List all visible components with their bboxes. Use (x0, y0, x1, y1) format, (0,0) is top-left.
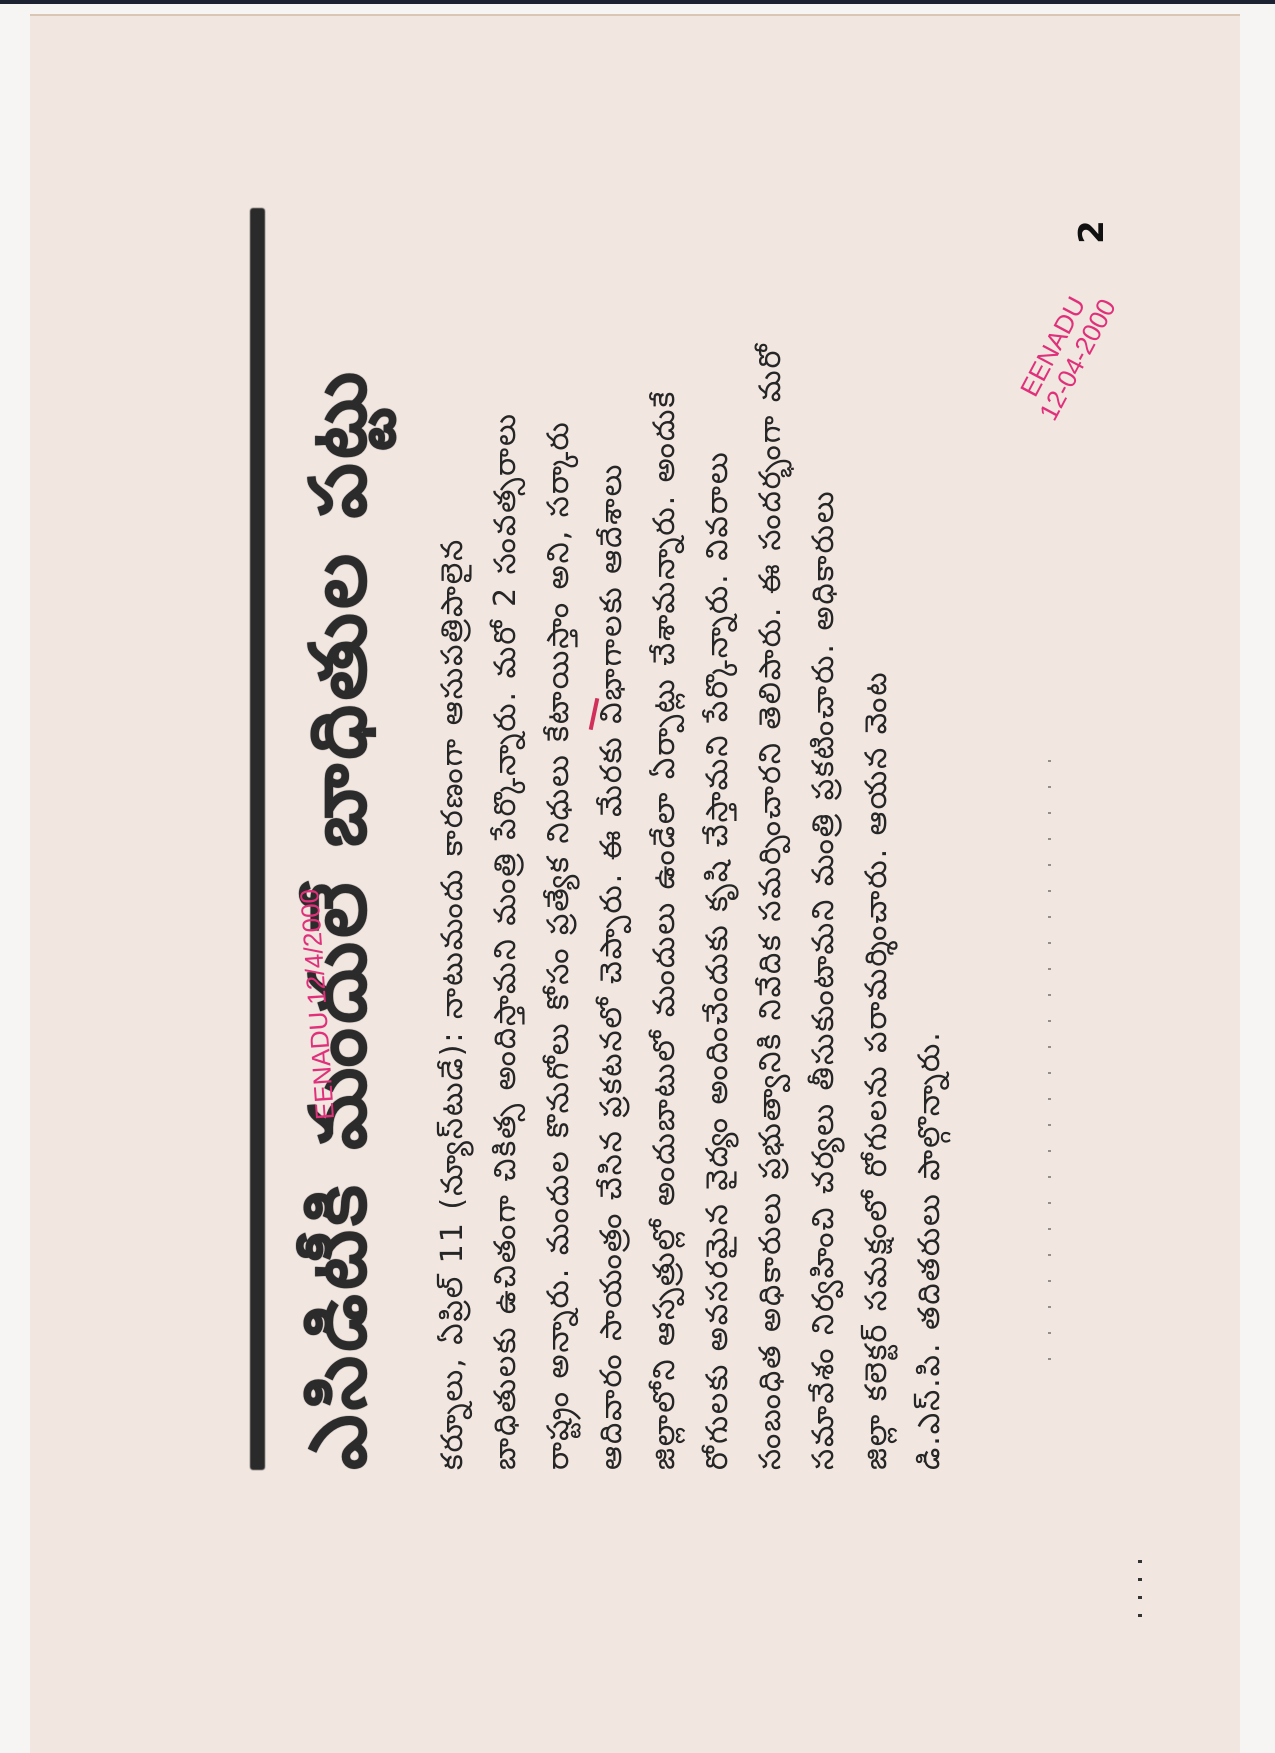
body-line: రాష్ట్రం అన్నారు. మందుల కొనుగోలు కోసం ప్… (532, 190, 585, 1470)
rotated-article: ఎసిడిటీకి మందులే బాధితుల పట్టు కర్నూలు, … (230, 180, 1130, 1500)
body-line: జిల్లాలోని ఆస్పత్రుల్లో అందుబాటులో మందుల… (638, 190, 691, 1470)
punch-dots (1138, 1560, 1142, 1620)
fold-dots (1048, 760, 1051, 1360)
body-line: జిల్లా కలెక్టర్ సమక్షంలో రోగులను పరామర్శ… (850, 190, 903, 1470)
headline: ఎసిడిటీకి మందులే బాధితుల పట్టు (276, 200, 402, 1470)
scanner-edge (0, 0, 1275, 4)
body-line: కర్నూలు, ఏప్రిల్ 11 (న్యూస్‌టుడే): నాటుమ… (426, 190, 479, 1470)
body-line: ఆదివారం సాయంత్రం చేసిన ప్రకటనలో చెప్పారు… (585, 190, 638, 1470)
body-line: రోగులకు అవసరమైన వైద్యం అందించేందుకు కృషి… (691, 190, 744, 1470)
body-line: సంబంధిత అధికారులు ప్రభుత్వానికి నివేదిక … (744, 190, 797, 1470)
body-line: బాధితులకు ఉచితంగా చికిత్స అందిస్తామని మం… (479, 190, 532, 1470)
page-number-mark: 2 (1072, 220, 1112, 244)
handwritten-date-note: EENADU 12-04-2000 (1045, 205, 1085, 505)
body-line: సమావేశం నిర్వహించి చర్యలు తీసుకుంటామని మ… (797, 190, 850, 1470)
headline-rule (250, 208, 265, 1470)
body-line: డి.ఎస్.పి. తదితరులు పాల్గొన్నారు. (903, 190, 956, 1470)
article-body: కర్నూలు, ఏప్రిల్ 11 (న్యూస్‌టుడే): నాటుమ… (426, 190, 956, 1470)
